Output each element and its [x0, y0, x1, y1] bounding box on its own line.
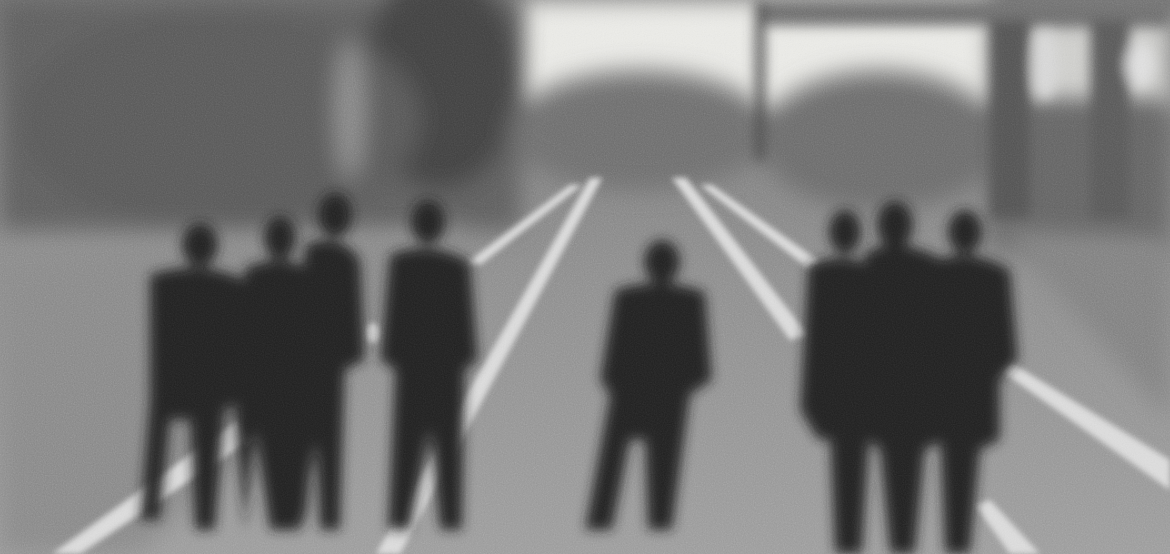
photo-scene [0, 0, 1170, 554]
film-grain-2 [0, 0, 1170, 554]
railroad-photo: Eight figures standing on railroad track… [0, 0, 1170, 554]
